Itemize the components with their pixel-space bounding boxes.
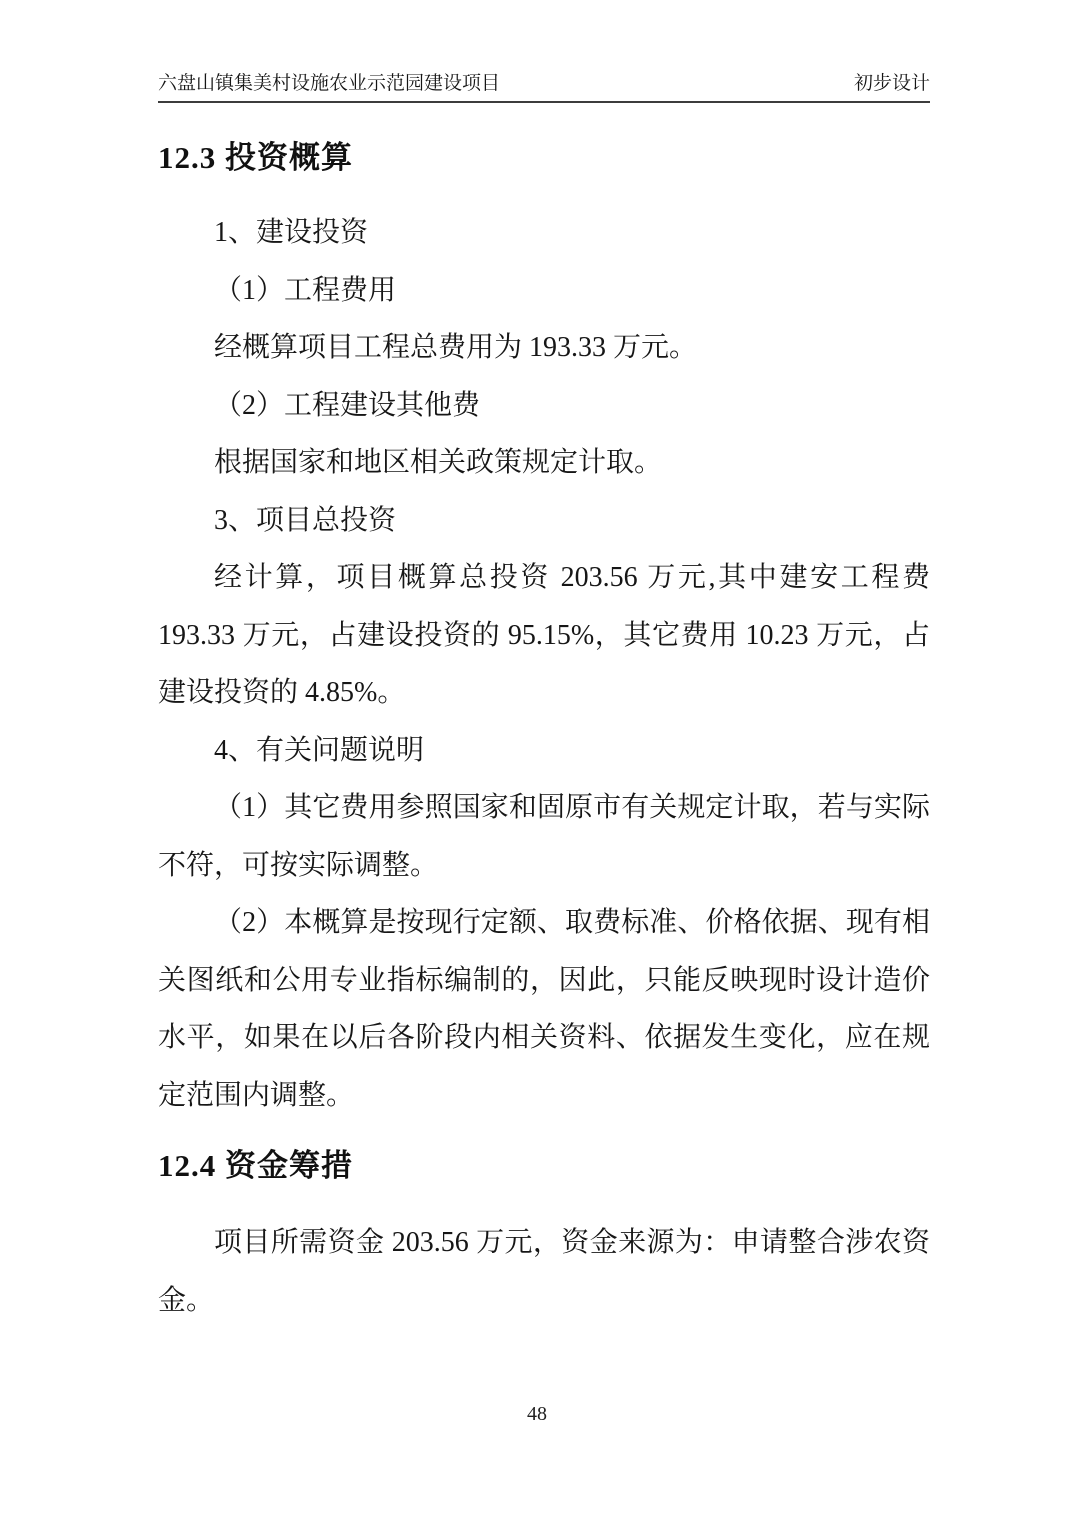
page-footer: 48: [0, 1400, 1074, 1428]
paragraph: 1、建设投资: [158, 204, 930, 262]
paragraph: 项目所需资金 203.56 万元，资金来源为：申请整合涉农资金。: [158, 1214, 930, 1329]
paragraph: 经计算，项目概算总投资 203.56 万元,其中建安工程费 193.33 万元，…: [158, 549, 930, 722]
paragraph: （2）工程建设其他费: [158, 377, 930, 435]
header-doc-stage: 初步设计: [854, 72, 930, 96]
document-page: 六盘山镇集美村设施农业示范园建设项目 初步设计 12.3 投资概算 1、建设投资…: [0, 0, 1074, 1520]
header-project-title: 六盘山镇集美村设施农业示范园建设项目: [158, 72, 500, 96]
paragraph: 根据国家和地区相关政策规定计取。: [158, 434, 930, 492]
section-12-4-body: 项目所需资金 203.56 万元，资金来源为：申请整合涉农资金。: [158, 1214, 930, 1329]
section-12-3-body: 1、建设投资 （1）工程费用 经概算项目工程总费用为 193.33 万元。 （2…: [158, 204, 930, 1124]
paragraph: 4、有关问题说明: [158, 722, 930, 780]
page-content: 12.3 投资概算 1、建设投资 （1）工程费用 经概算项目工程总费用为 193…: [158, 136, 930, 1329]
paragraph: （2）本概算是按现行定额、取费标准、价格依据、现有相关图纸和公用专业指标编制的，…: [158, 894, 930, 1124]
paragraph: （1）工程费用: [158, 262, 930, 320]
section-heading-12-3: 12.3 投资概算: [158, 136, 930, 180]
paragraph: 3、项目总投资: [158, 492, 930, 550]
section-heading-12-4: 12.4 资金筹措: [158, 1144, 930, 1188]
page-header: 六盘山镇集美村设施农业示范园建设项目 初步设计: [158, 72, 930, 103]
paragraph: （1）其它费用参照国家和固原市有关规定计取，若与实际不符，可按实际调整。: [158, 779, 930, 894]
paragraph: 经概算项目工程总费用为 193.33 万元。: [158, 319, 930, 377]
page-number: 48: [527, 1403, 547, 1425]
